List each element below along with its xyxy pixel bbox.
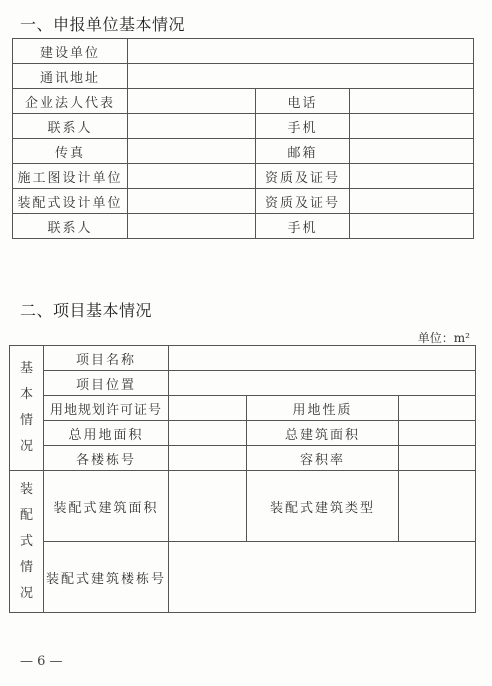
group-prefab-info: 装配式情况 xyxy=(10,471,44,613)
label-prefab-area: 装配式建筑面积 xyxy=(44,471,169,542)
field-land-nature[interactable] xyxy=(399,396,476,421)
label-drawing-design-unit: 施工图设计单位 xyxy=(13,164,128,189)
label-qualification-2: 资质及证号 xyxy=(256,189,350,214)
label-prefab-design-unit: 装配式设计单位 xyxy=(13,189,128,214)
label-mobile-2: 手机 xyxy=(256,214,350,239)
page-number: — 6 — xyxy=(20,654,63,669)
field-land-permit[interactable] xyxy=(169,396,247,421)
label-building-numbers: 各楼栋号 xyxy=(44,446,169,471)
label-mobile: 手机 xyxy=(256,114,350,139)
field-construction-unit[interactable] xyxy=(128,39,474,64)
field-plot-ratio[interactable] xyxy=(399,446,476,471)
field-project-location[interactable] xyxy=(169,371,476,396)
field-legal-rep[interactable] xyxy=(128,89,256,114)
field-total-building-area[interactable] xyxy=(399,421,476,446)
field-contact[interactable] xyxy=(128,114,256,139)
field-prefab-design-unit[interactable] xyxy=(128,189,256,214)
label-total-building-area: 总建筑面积 xyxy=(247,421,399,446)
section2-title: 二、项目基本情况 xyxy=(20,298,152,321)
label-total-land-area: 总用地面积 xyxy=(44,421,169,446)
field-qualification-2[interactable] xyxy=(350,189,474,214)
field-phone[interactable] xyxy=(350,89,474,114)
field-email[interactable] xyxy=(350,139,474,164)
label-email: 邮箱 xyxy=(256,139,350,164)
label-land-permit: 用地规划许可证号 xyxy=(44,396,169,421)
field-drawing-design-unit[interactable] xyxy=(128,164,256,189)
unit-label: 单位：m² xyxy=(418,329,470,346)
label-prefab-type: 装配式建筑类型 xyxy=(247,471,399,542)
label-construction-unit: 建设单位 xyxy=(13,39,128,64)
field-fax[interactable] xyxy=(128,139,256,164)
field-prefab-area[interactable] xyxy=(169,471,247,542)
label-project-location: 项目位置 xyxy=(44,371,169,396)
label-project-name: 项目名称 xyxy=(44,346,169,371)
group-basic-info: 基本情况 xyxy=(10,346,44,471)
field-prefab-type[interactable] xyxy=(399,471,476,542)
applicant-info-table: 建设单位 通讯地址 企业法人代表 电话 联系人 手机 传真 邮箱 施工图设计单位… xyxy=(12,38,474,239)
label-qualification: 资质及证号 xyxy=(256,164,350,189)
field-prefab-building-numbers[interactable] xyxy=(169,542,476,613)
field-building-numbers[interactable] xyxy=(169,446,247,471)
label-prefab-building-numbers: 装配式建筑楼栋号 xyxy=(44,542,169,613)
field-contact-2[interactable] xyxy=(128,214,256,239)
label-phone: 电话 xyxy=(256,89,350,114)
field-project-name[interactable] xyxy=(169,346,476,371)
field-mobile-2[interactable] xyxy=(350,214,474,239)
label-legal-rep: 企业法人代表 xyxy=(13,89,128,114)
field-mobile[interactable] xyxy=(350,114,474,139)
label-contact-2: 联系人 xyxy=(13,214,128,239)
label-mailing-address: 通讯地址 xyxy=(13,64,128,89)
label-land-nature: 用地性质 xyxy=(247,396,399,421)
project-info-table: 基本情况 项目名称 项目位置 用地规划许可证号 用地性质 总用地面积 总建筑面积… xyxy=(9,345,476,613)
section1-title: 一、申报单位基本情况 xyxy=(20,12,185,35)
label-fax: 传真 xyxy=(13,139,128,164)
field-qualification[interactable] xyxy=(350,164,474,189)
field-mailing-address[interactable] xyxy=(128,64,474,89)
label-plot-ratio: 容积率 xyxy=(247,446,399,471)
label-contact: 联系人 xyxy=(13,114,128,139)
field-total-land-area[interactable] xyxy=(169,421,247,446)
